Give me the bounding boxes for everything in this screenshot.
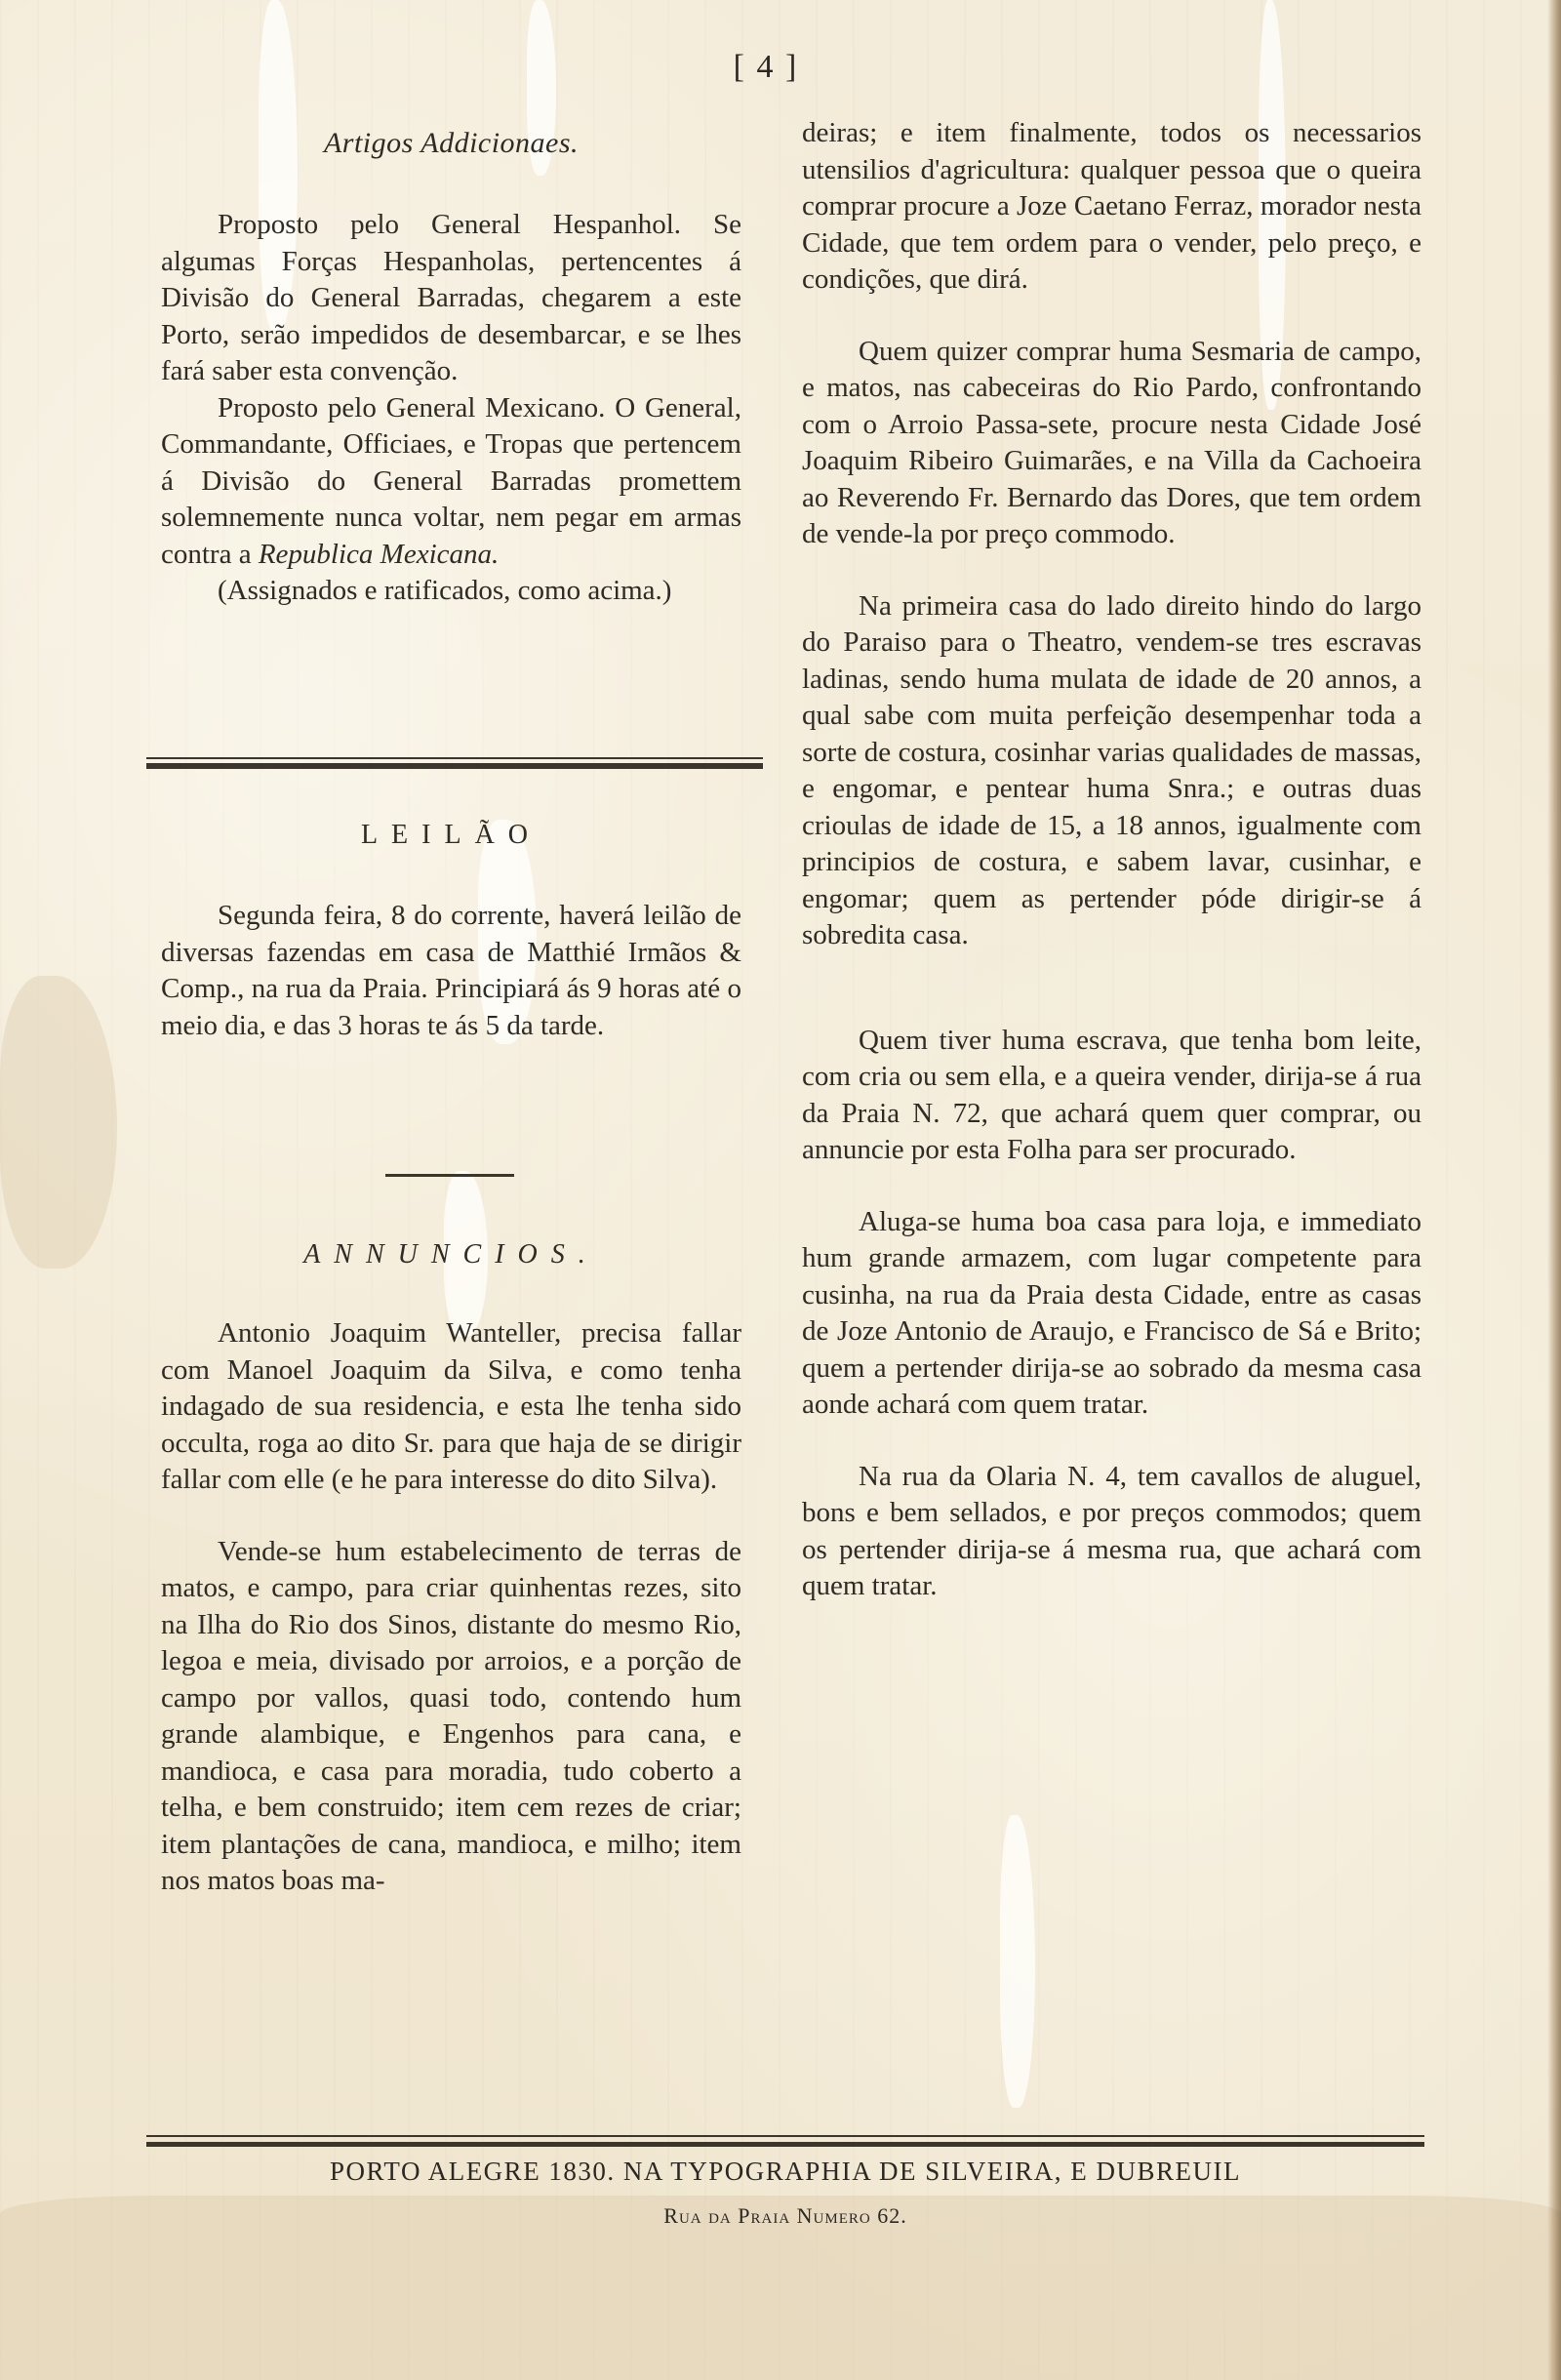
announcement-item: Vende-se hum estabelecimento de terras d… (161, 1534, 741, 1900)
announcement-item: Quem quizer comprar huma Sesmaria de cam… (802, 334, 1421, 553)
announcement-item: deiras; e item finalmente, todos os nece… (802, 115, 1421, 299)
announcements-section: ANNUNCIOS. Antonio Joaquim Wanteller, pr… (161, 1239, 741, 1900)
republica-mexicana-italic: Republica Mexicana. (259, 539, 499, 570)
announcement-item: Aluga-se huma boa casa para loja, e imme… (802, 1204, 1421, 1424)
auction-section: LEILÃO Segunda feira, 8 do corrente, hav… (161, 820, 741, 1044)
printer-imprint: PORTO ALEGRE 1830. NA TYPOGRAPHIA DE SIL… (146, 2157, 1424, 2187)
announcement-item: Antonio Joaquim Wanteller, precisa falla… (161, 1315, 741, 1499)
mexican-general-proposal: Proposto pelo General Mexicano. O Genera… (161, 390, 741, 574)
additional-articles-heading: Artigos Addicionaes. (161, 127, 741, 160)
auction-text: Segunda feira, 8 do corrente, haverá lei… (161, 898, 741, 1044)
right-column: deiras; e item finalmente, todos os nece… (802, 115, 1421, 1605)
footer-double-rule (146, 2135, 1424, 2147)
spanish-general-proposal: Proposto pelo General Hespanhol. Se algu… (161, 207, 741, 390)
signed-ratified-note: (Assignados e ratificados, como acima.) (161, 573, 741, 610)
announcement-item: Quem tiver huma escrava, que tenha bom l… (802, 1023, 1421, 1169)
announcement-item: Na rua da Olaria N. 4, tem cavallos de a… (802, 1459, 1421, 1605)
announcements-heading: ANNUNCIOS. (161, 1239, 741, 1271)
page-edge-shadow (1547, 0, 1561, 2380)
page-number: [ 4 ] (722, 49, 810, 86)
auction-heading: LEILÃO (161, 820, 741, 851)
section-divider-short-rule (385, 1174, 514, 1177)
left-column: Artigos Addicionaes. Proposto pelo Gener… (161, 115, 741, 610)
printer-address: Rua da Praia Numero 62. (146, 2203, 1424, 2229)
announcement-item: Na primeira casa do lado direito hindo d… (802, 588, 1421, 954)
section-divider-double-rule (146, 757, 763, 769)
